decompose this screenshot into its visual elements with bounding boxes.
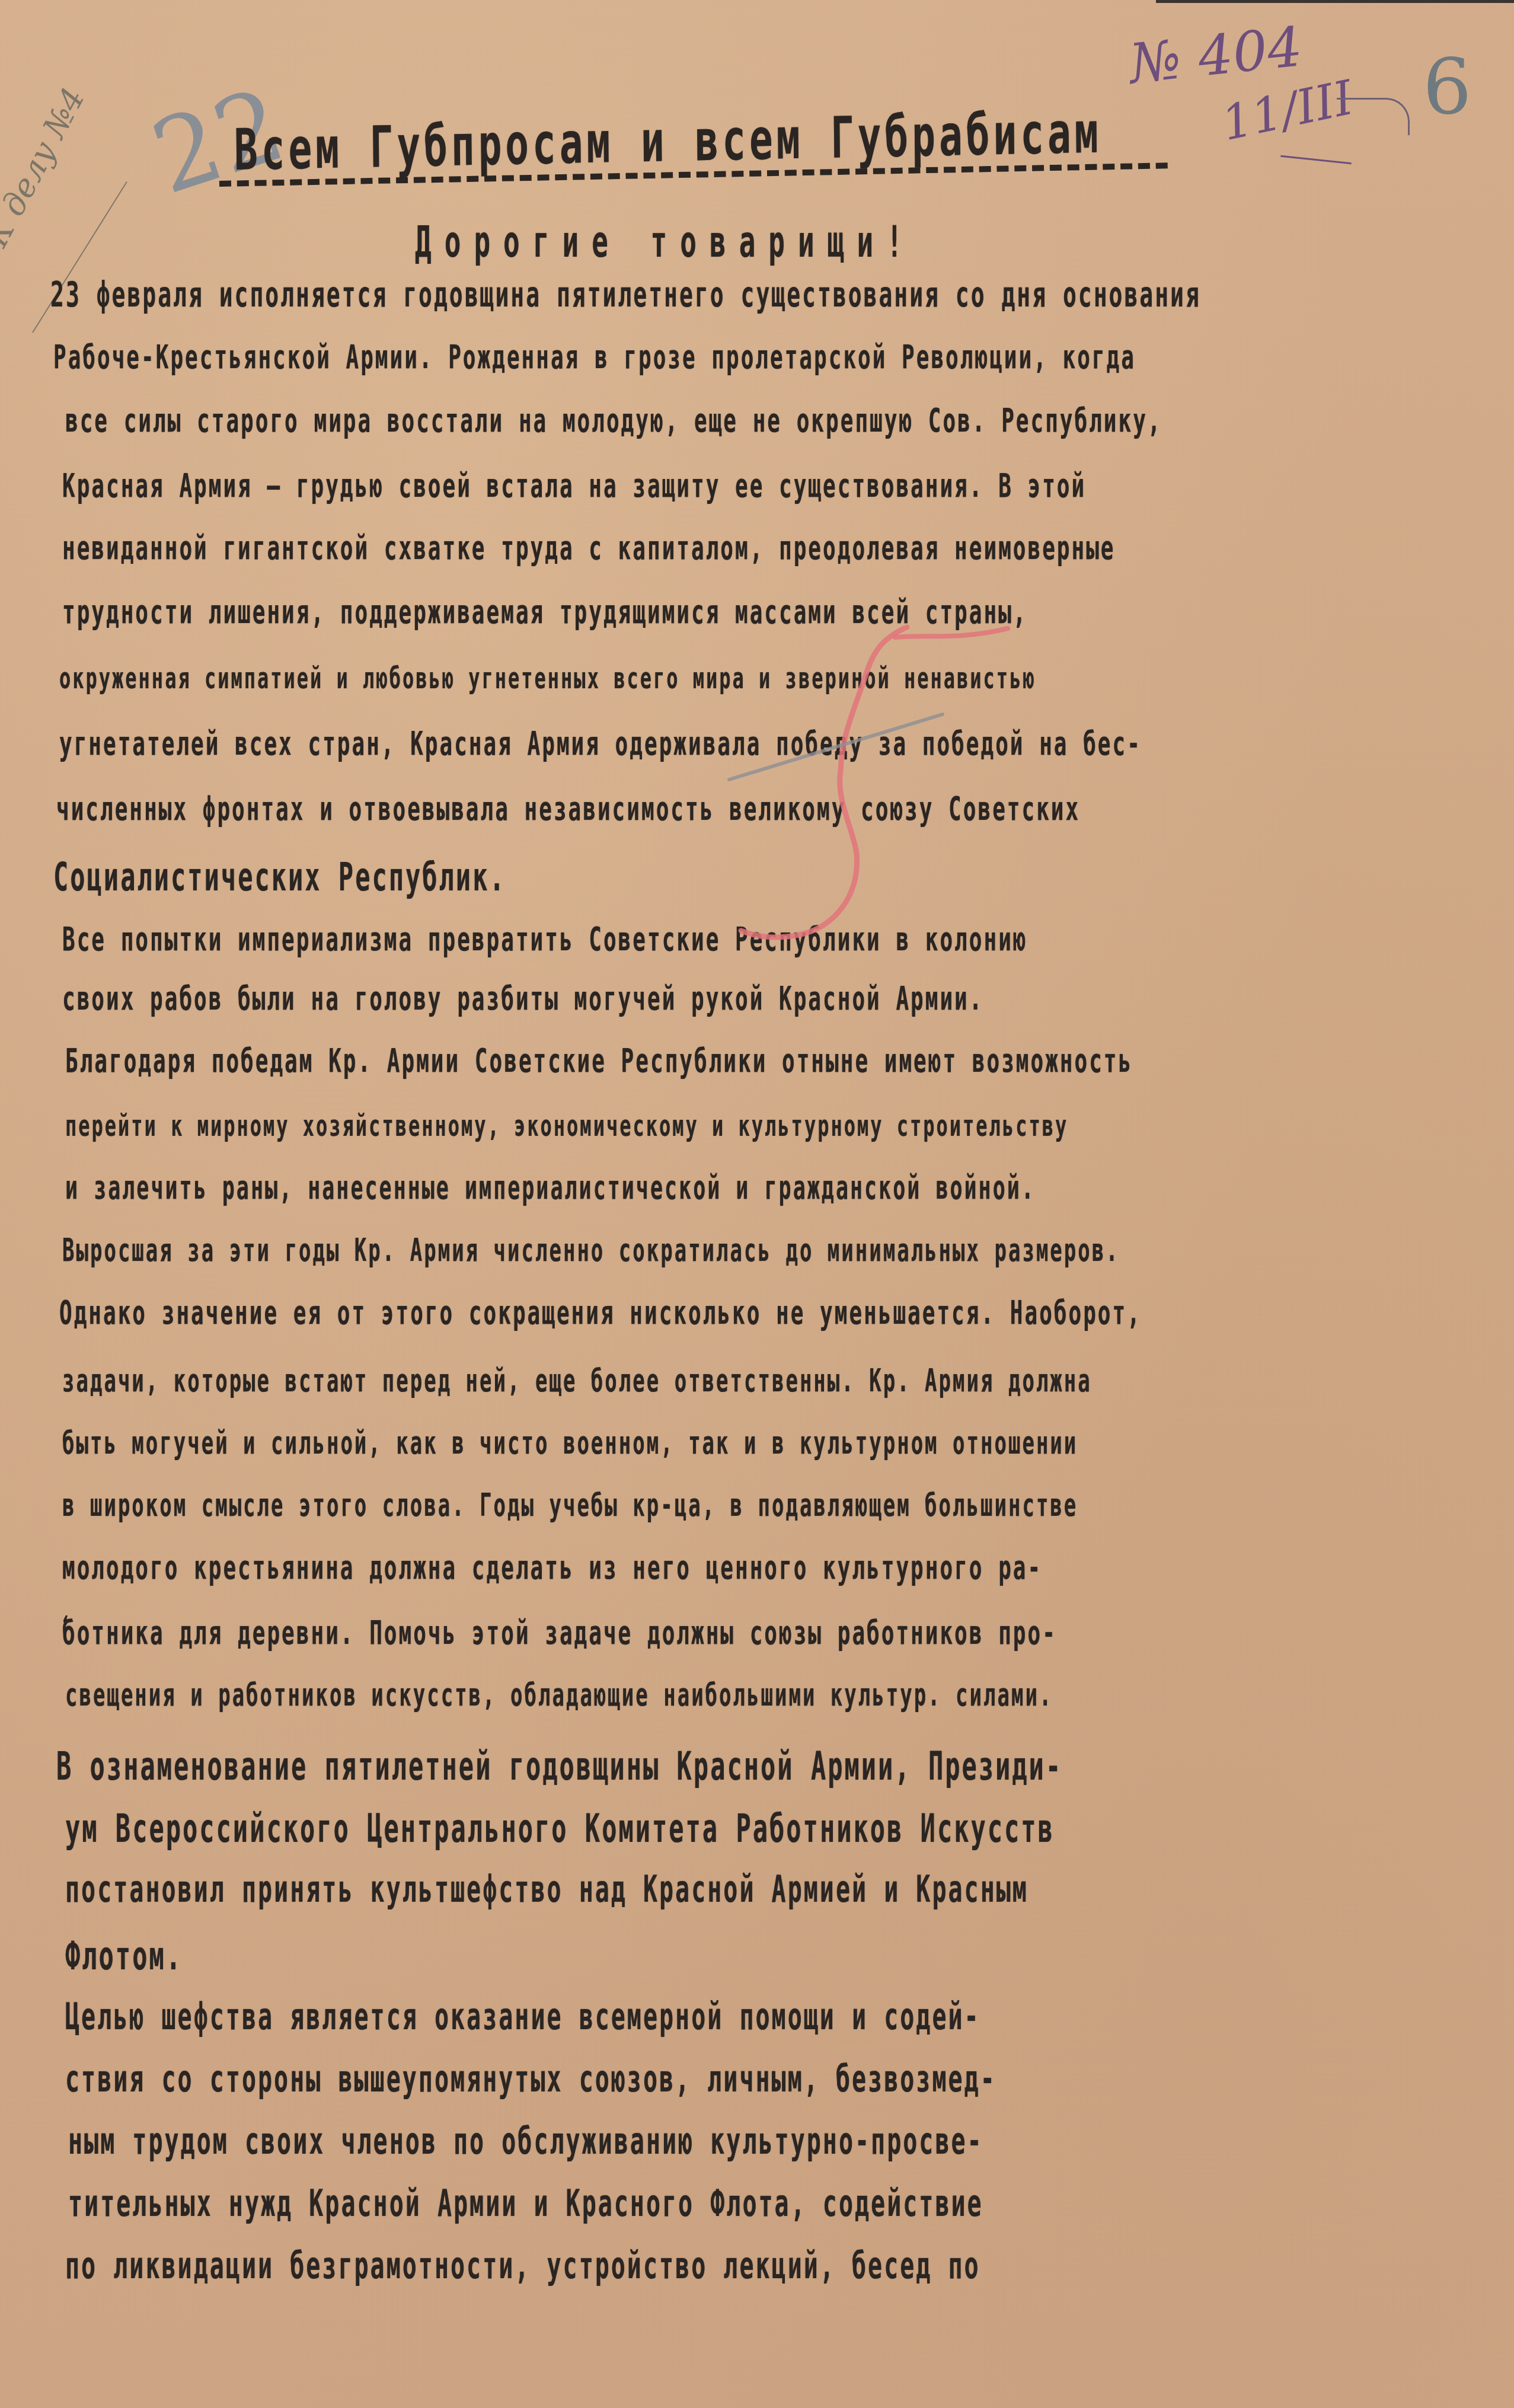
- body-line: Выросшая за эти годы Кр. Армия численно …: [62, 1232, 1120, 1269]
- body-line: свещения и работников искусств, обладающ…: [65, 1677, 1053, 1714]
- body-line: 23 февраля исполняется годовщина пятилет…: [50, 274, 1201, 315]
- body-line: в широком смысле этого слова. Годы учебы…: [62, 1487, 1078, 1524]
- body-line: Все попытки империализма превратить Сове…: [62, 921, 1027, 959]
- body-line: Однако значение ея от этого сокращения н…: [59, 1295, 1142, 1333]
- body-line: В ознаменование пятилетней годовщины Кра…: [56, 1744, 1062, 1789]
- body-line: численных фронтах и отвоевывала независи…: [56, 791, 1080, 829]
- body-line: Благодаря победам Кр. Армии Советские Ре…: [65, 1043, 1133, 1081]
- body-line: угнетателей всех стран, Красная Армия од…: [59, 726, 1142, 764]
- body-line: ботника для деревни. Помочь этой задаче …: [62, 1615, 1057, 1653]
- body-line: невиданной гигантской схватке труда с ка…: [62, 530, 1116, 568]
- body-line: быть могучей и сильной, как в чисто воен…: [62, 1425, 1078, 1462]
- body-line: молодого крестьянина должна сделать из н…: [62, 1550, 1042, 1588]
- body-line: Социалистических Республик.: [53, 855, 506, 900]
- body-line: ум Всероссийского Центрального Комитета …: [65, 1806, 1055, 1851]
- body-line: постановил принять культшефство над Крас…: [65, 1869, 1029, 1911]
- salutation: Дорогие товарищи!: [415, 216, 916, 267]
- body-line: по ликвидации безграмотности, устройство…: [65, 2245, 980, 2287]
- annotation-hook-stroke: [1337, 98, 1410, 135]
- body-line: Целью шефства является оказание всемерно…: [65, 1996, 980, 2038]
- body-line: своих рабов были на голову разбиты могуч…: [62, 981, 983, 1018]
- body-line: Рабоче-Крестьянской Армии. Рожденная в г…: [53, 339, 1136, 377]
- body-line: перейти к мирному хозяйственному, эконом…: [65, 1109, 1068, 1144]
- scan-edge: [1156, 0, 1514, 3]
- body-line: трудности лишения, поддерживаемая трудящ…: [62, 594, 1027, 632]
- body-line: ствия со стороны вышеупомянутых союзов, …: [65, 2058, 996, 2100]
- body-line: тительных нужд Красной Армии и Красного …: [68, 2183, 983, 2225]
- margin-tick-mark: ‘: [58, 1612, 72, 1640]
- page-number-annotation: 6: [1423, 41, 1472, 132]
- body-line: все силы старого мира восстали на молоду…: [65, 403, 1162, 440]
- body-line: окруженная симпатией и любовью угнетенны…: [59, 661, 1036, 696]
- body-line: Флотом.: [65, 1934, 183, 1979]
- body-line: и залечить раны, нанесенные империалисти…: [65, 1170, 1036, 1207]
- body-line: ным трудом своих членов по обслуживанию …: [68, 2120, 983, 2163]
- body-line: Красная Армия — грудью своей встала на з…: [62, 468, 1086, 506]
- body-line: задачи, которые встают перед ней, еще бо…: [62, 1363, 1092, 1400]
